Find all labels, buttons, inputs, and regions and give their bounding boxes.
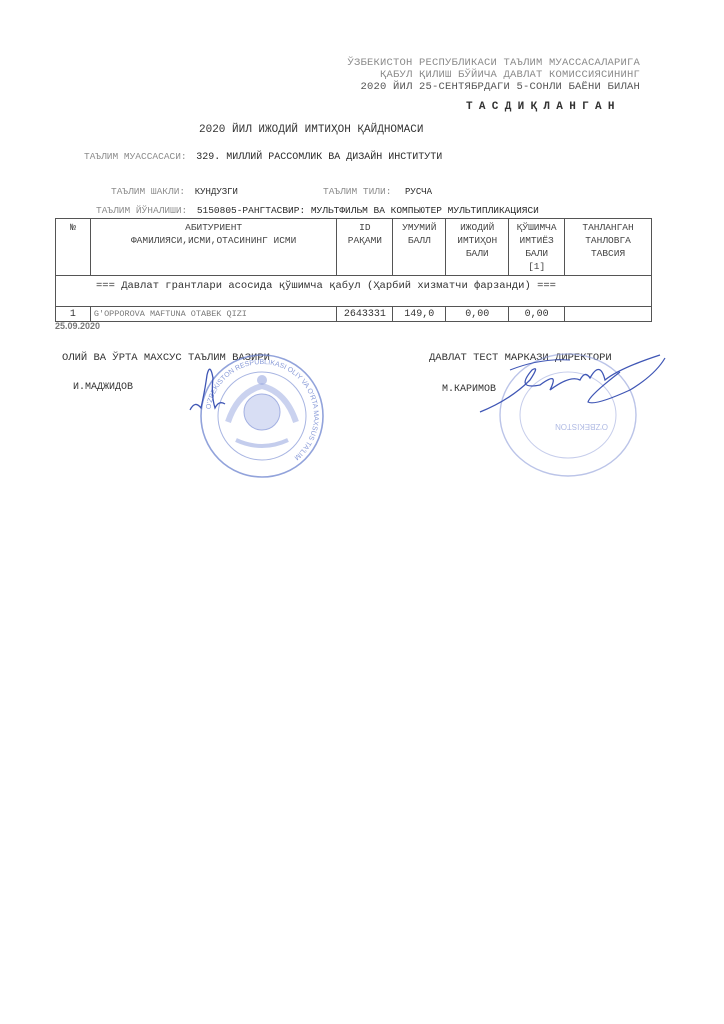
study-form-label: ТАЪЛИМ ШАКЛИ:: [111, 186, 185, 197]
study-direction-value: 5150805-РАНГТАСВИР: МУЛЬТФИЛЬМ ВА КОМПЬЮ…: [197, 205, 539, 216]
right-signature-icon: [470, 350, 670, 430]
institution-value: 329. МИЛЛИЙ РАССОМЛИК ВА ДИЗАЙН ИНСТИТУТ…: [196, 152, 442, 163]
approved-stamp-word: ТАСДИҚЛАНГАН: [466, 101, 621, 113]
header-id: ID РАҚАМИ: [337, 219, 393, 276]
table-header-row: № АБИТУРИЕНТ ФАМИЛИЯСИ,ИСМИ,ОТАСИНИНГ ИС…: [56, 219, 652, 276]
cell-total-score: 149,0: [393, 307, 446, 322]
study-language-value: РУСЧА: [405, 187, 432, 197]
document-title: 2020 ЙИЛ ИЖОДИЙ ИМТИҲОН ҚАЙДНОМАСИ: [199, 124, 423, 136]
left-signatory-name: И.МАДЖИДОВ: [73, 382, 133, 393]
cell-id: 2643331: [337, 307, 393, 322]
header-total-score: УМУМИЙ БАЛЛ: [393, 219, 446, 276]
approval-line-3: 2020 ЙИЛ 25-СЕНТЯБРДАГИ 5-СОНЛИ БАЁНИ БИ…: [347, 81, 640, 93]
cell-num: 1: [56, 307, 91, 322]
left-signature-icon: [185, 360, 235, 420]
approval-block: ЎЗБЕКИСТОН РЕСПУБЛИКАСИ ТАЪЛИМ МУАССАСАЛ…: [347, 57, 640, 93]
header-applicant: АБИТУРИЕНТ ФАМИЛИЯСИ,ИСМИ,ОТАСИНИНГ ИСМИ: [90, 219, 337, 276]
study-direction-row: ТАЪЛИМ ЙЎНАЛИШИ: 5150805-РАНГТАСВИР: МУЛ…: [96, 200, 539, 218]
header-num: №: [56, 219, 91, 276]
header-extra-privilege-score: ҚЎШИМЧА ИМТИЁЗ БАЛИ [1]: [509, 219, 565, 276]
study-language-label: ТАЪЛИМ ТИЛИ:: [323, 186, 391, 197]
table-row: 1 G'OPPOROVA MAFTUNA OTABEK QIZI 2643331…: [56, 307, 652, 322]
institution-label: ТАЪЛИМ МУАССАСАСИ:: [84, 151, 187, 162]
institution-row: ТАЪЛИМ МУАССАСАСИ: 329. МИЛЛИЙ РАССОМЛИК…: [84, 146, 442, 164]
approval-line-1: ЎЗБЕКИСТОН РЕСПУБЛИКАСИ ТАЪЛИМ МУАССАСАЛ…: [347, 57, 640, 69]
study-form-row: ТАЪЛИМ ШАКЛИ: КУНДУЗГИ: [111, 181, 238, 199]
study-language-row: ТАЪЛИМ ТИЛИ: РУСЧА: [323, 181, 432, 199]
header-creative-exam-score: ИЖОДИЙ ИМТИҲОН БАЛИ: [446, 219, 509, 276]
section-title: === Давлат грантлари асосида қўшимча қаб…: [56, 276, 652, 307]
cell-creative-score: 0,00: [446, 307, 509, 322]
cell-recommendation: [565, 307, 652, 322]
results-table: № АБИТУРИЕНТ ФАМИЛИЯСИ,ИСМИ,ОТАСИНИНГ ИС…: [55, 218, 652, 322]
approval-line-2: ҚАБУЛ ҚИЛИШ БЎЙИЧА ДАВЛАТ КОМИССИЯСИНИНГ: [347, 69, 640, 81]
study-form-value: КУНДУЗГИ: [195, 187, 238, 197]
cell-applicant-name: G'OPPOROVA MAFTUNA OTABEK QIZI: [90, 307, 337, 322]
document-date: 25.09.2020: [55, 321, 100, 331]
table-section-row: === Давлат грантлари асосида қўшимча қаб…: [56, 276, 652, 307]
study-direction-label: ТАЪЛИМ ЙЎНАЛИШИ:: [96, 205, 187, 216]
cell-extra-score: 0,00: [509, 307, 565, 322]
header-recommendation: ТАНЛАНГАН ТАНЛОВГА ТАВСИЯ: [565, 219, 652, 276]
